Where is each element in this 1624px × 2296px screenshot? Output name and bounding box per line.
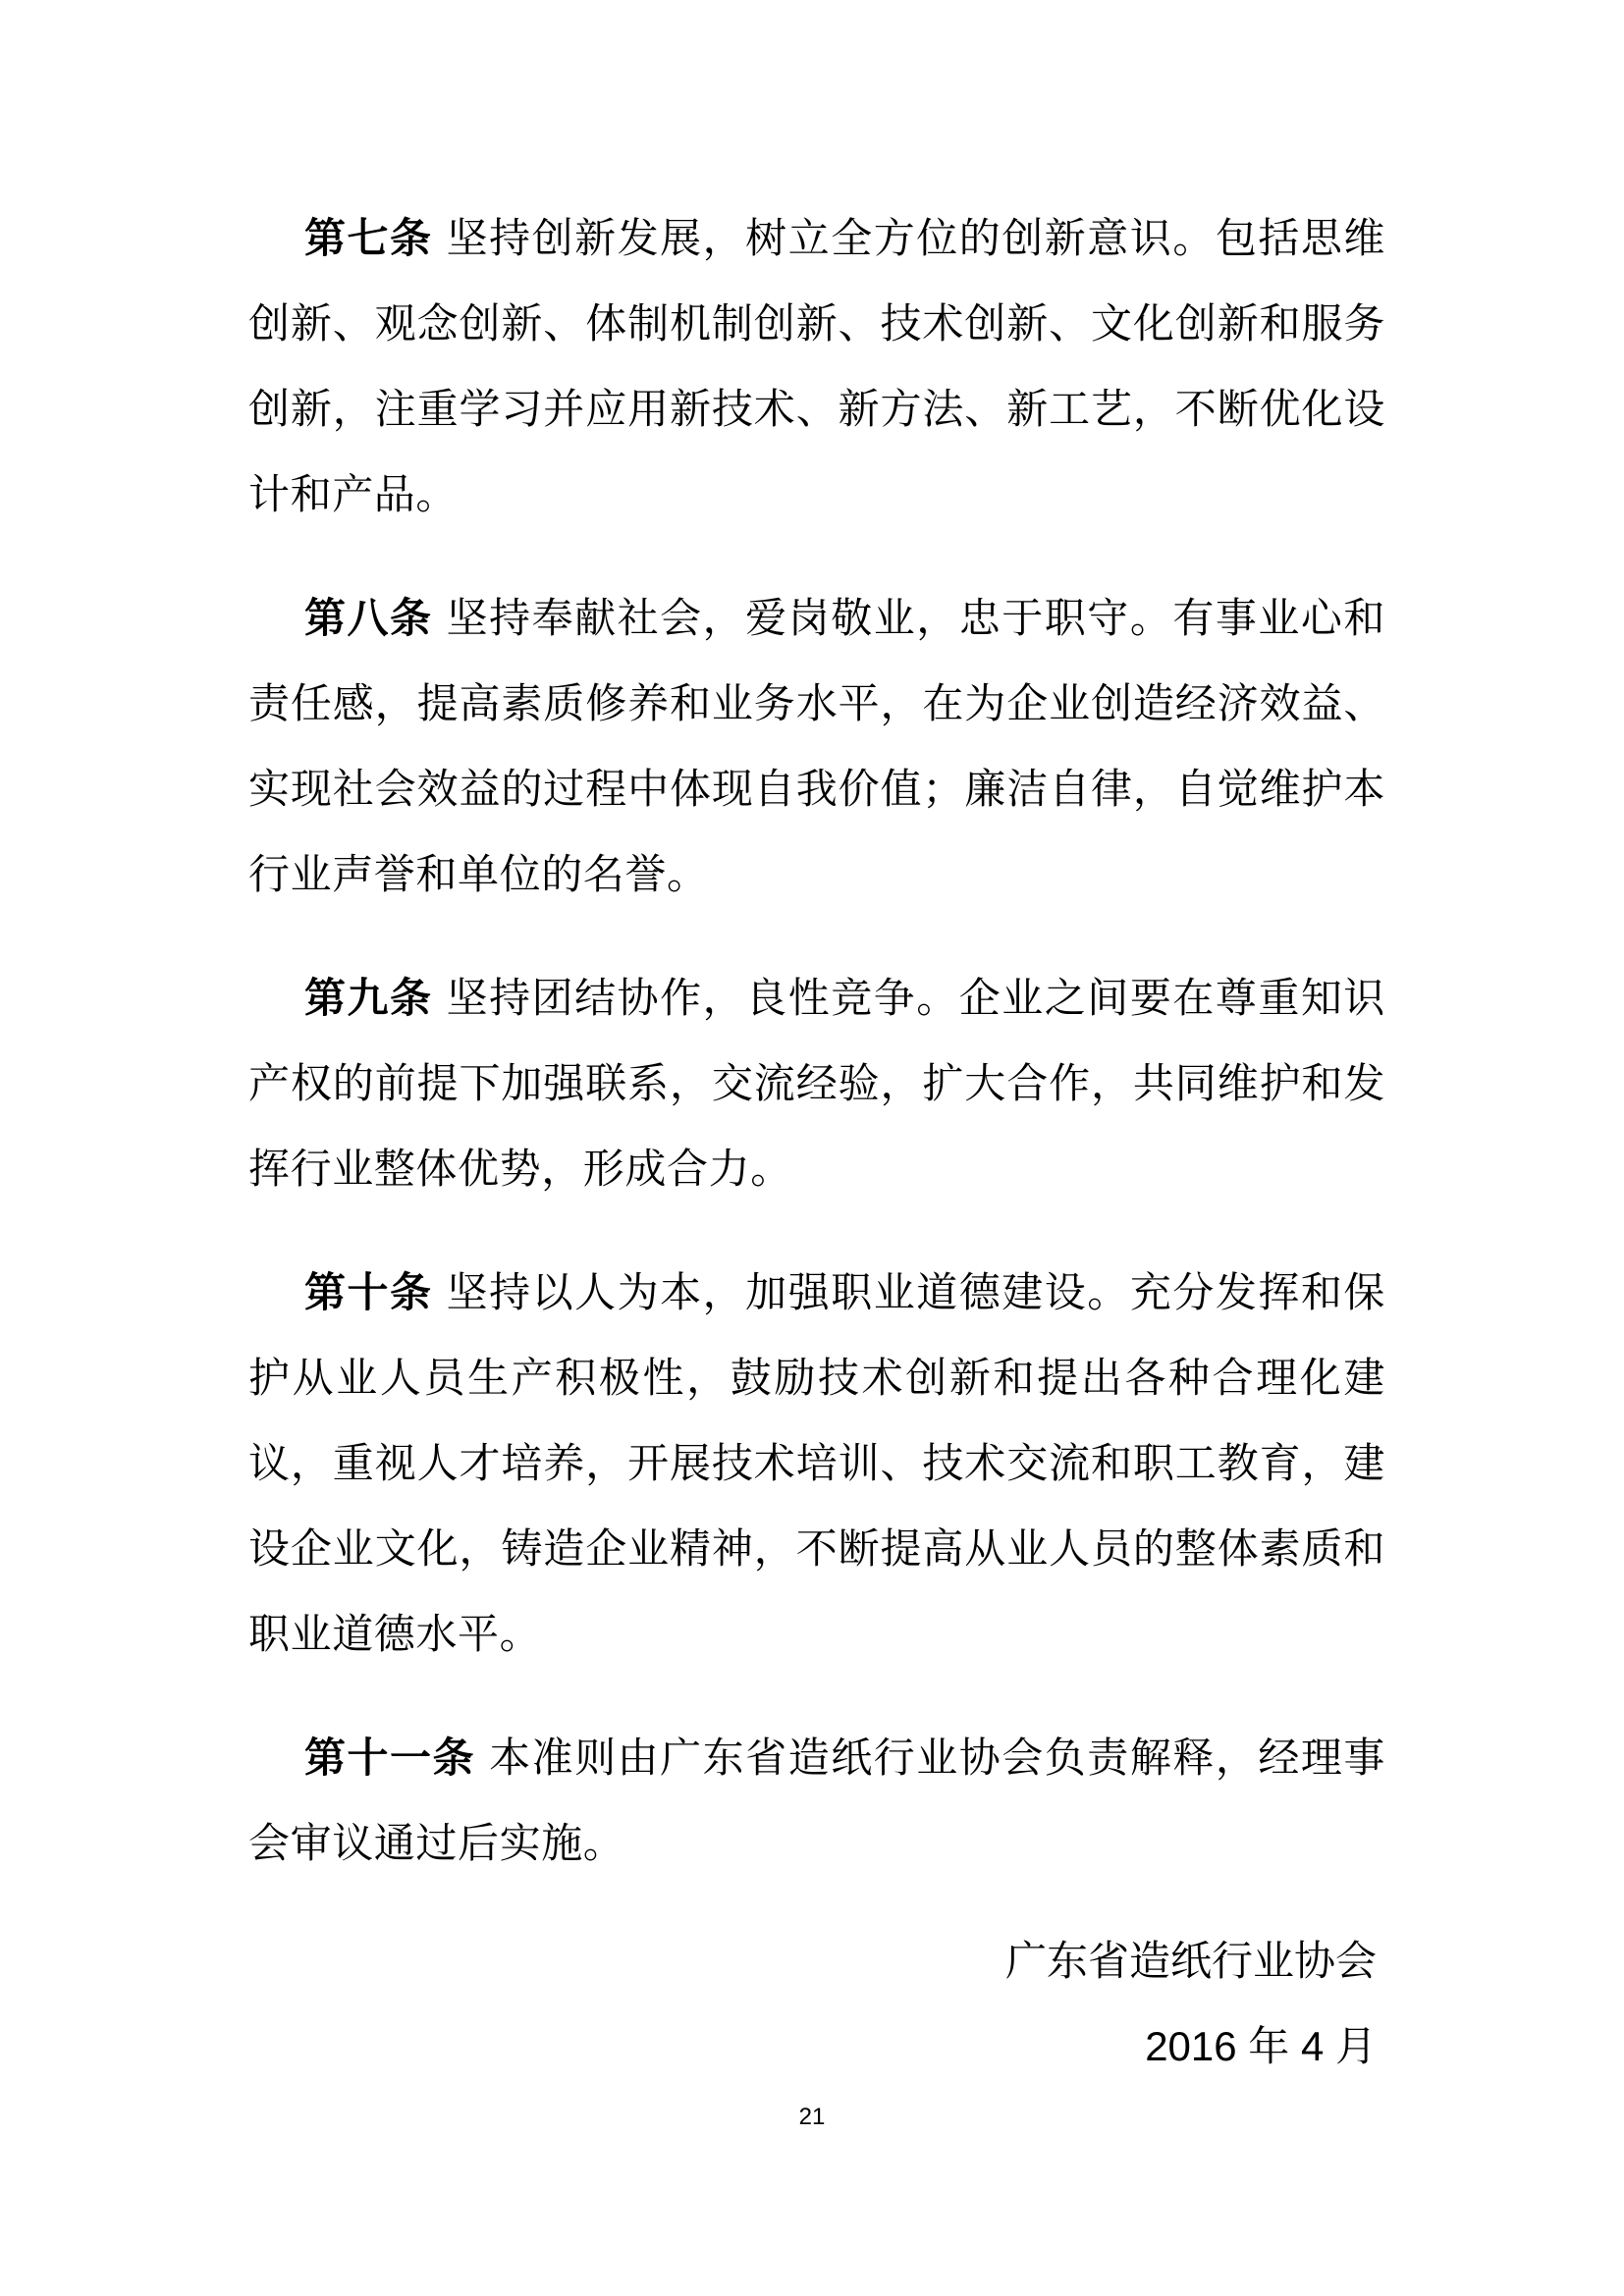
document-body: 第七条坚持创新发展，树立全方位的创新意识。包括思维创新、观念创新、体制机制创新、…: [248, 195, 1385, 1924]
page-number: 21: [0, 2104, 1624, 2131]
article-label: 第八条: [304, 594, 433, 642]
article-label: 第七条: [304, 214, 433, 262]
article-7: 第七条坚持创新发展，树立全方位的创新意识。包括思维创新、观念创新、体制机制创新、…: [248, 195, 1385, 537]
article-text: 坚持以人为本，加强职业道德建设。充分发挥和保护从业人员生产积极性，鼓励技术创新和…: [248, 1268, 1385, 1658]
article-label: 第十一条: [304, 1734, 475, 1782]
article-11: 第十一条本准则由广东省造纸行业协会负责解释，经理事会审议通过后实施。: [248, 1715, 1385, 1886]
article-label: 第九条: [304, 974, 433, 1022]
article-10: 第十条坚持以人为本，加强职业道德建设。充分发挥和保护从业人员生产积极性，鼓励技术…: [248, 1250, 1385, 1677]
signature-organization: 广东省造纸行业协会: [1005, 1918, 1377, 2003]
signature-block: 广东省造纸行业协会 2016 年 4 月: [1005, 1918, 1377, 2089]
signature-date: 2016 年 4 月: [1005, 2003, 1377, 2089]
article-8: 第八条坚持奉献社会，爱岗敬业，忠于职守。有事业心和责任感，提高素质修养和业务水平…: [248, 575, 1385, 917]
article-label: 第十条: [304, 1268, 433, 1316]
document-page: 第七条坚持创新发展，树立全方位的创新意识。包括思维创新、观念创新、体制机制创新、…: [0, 0, 1624, 2296]
article-9: 第九条坚持团结协作，良性竞争。企业之间要在尊重知识产权的前提下加强联系，交流经验…: [248, 955, 1385, 1211]
